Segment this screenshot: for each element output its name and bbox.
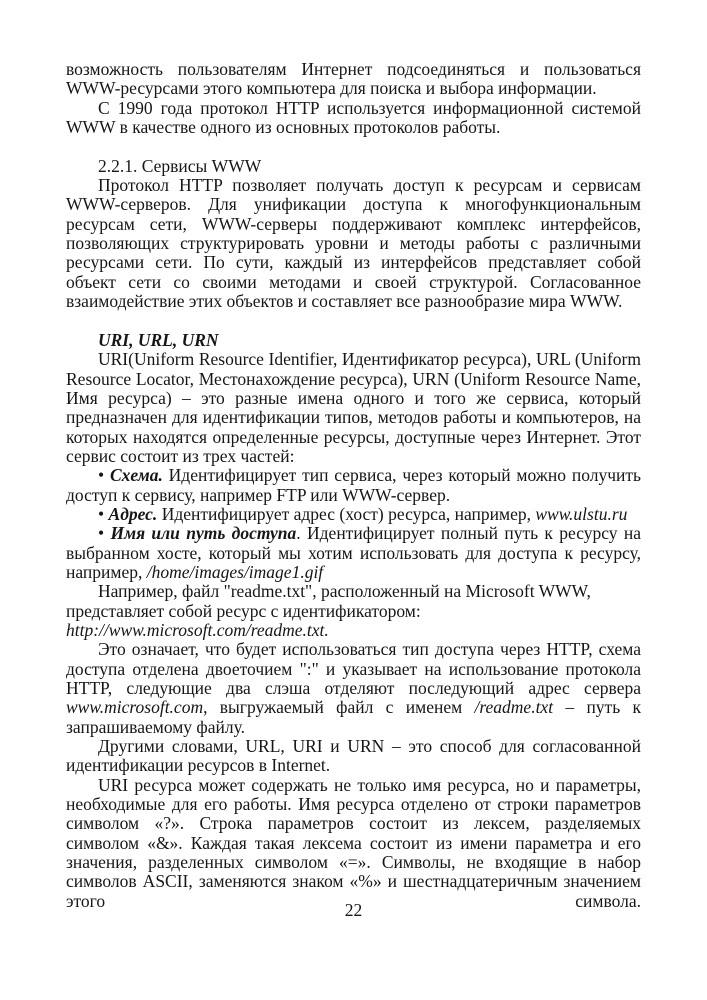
bullet-icon: • <box>98 465 104 485</box>
paragraph-intro-continuation: возможность пользователям Интернет подсо… <box>66 60 641 99</box>
text-block: возможность пользователям Интернет подсо… <box>66 60 641 911</box>
means-text: Это означает, что будет использоваться т… <box>66 639 641 698</box>
bullet-item-scheme: • Схема. Идентифицирует тип сервиса, чер… <box>66 466 641 505</box>
bullet-label: Имя или путь доступа <box>110 523 296 543</box>
example-url: http://www.microsoft.com/readme.txt. <box>66 621 641 640</box>
paragraph-services: Протокол HTTP позволяет получать доступ … <box>66 176 641 311</box>
bullet-item-address: • Адрес. Идентифицирует адрес (хост) рес… <box>66 505 641 524</box>
paragraph-http-1990: С 1990 года протокол HTTP используется и… <box>66 99 641 138</box>
bullet-text: Идентифицирует адрес (хост) ресурса, нап… <box>157 504 535 524</box>
paragraph-uri: URI(Uniform Resource Identifier, Идентиф… <box>66 350 641 466</box>
bullet-icon: • <box>98 523 104 543</box>
bullet-label: Схема. <box>110 465 163 485</box>
document-page: возможность пользователям Интернет подсо… <box>0 0 707 1000</box>
bullet-label: Адрес. <box>109 504 158 524</box>
example-line-2: представляет собой ресурс с идентификато… <box>66 602 641 621</box>
page-number: 22 <box>0 901 707 920</box>
paragraph-params: URI ресурса может содержать не только им… <box>66 776 641 911</box>
blank-line <box>66 137 641 156</box>
means-host: www.microsoft.com <box>66 697 203 717</box>
example-line-1: Например, файл "readme.txt", расположенн… <box>66 582 641 601</box>
bullet-example: /home/images/image1.gif <box>147 562 323 582</box>
paragraph-other-words: Другими словами, URL, URI и URN – это сп… <box>66 737 641 776</box>
bullet-example: www.ulstu.ru <box>535 504 627 524</box>
blank-line <box>66 311 641 330</box>
bullet-icon: • <box>98 504 104 524</box>
uri-heading: URI, URL, URN <box>66 331 641 350</box>
bullet-item-path: • Имя или путь доступа. Идентифицирует п… <box>66 524 641 582</box>
means-file: /readme.txt <box>475 697 554 717</box>
paragraph-means: Это означает, что будет использоваться т… <box>66 640 641 737</box>
means-text: , выгружаемый файл с именем <box>203 697 474 717</box>
section-heading: 2.2.1. Сервисы WWW <box>66 157 641 176</box>
